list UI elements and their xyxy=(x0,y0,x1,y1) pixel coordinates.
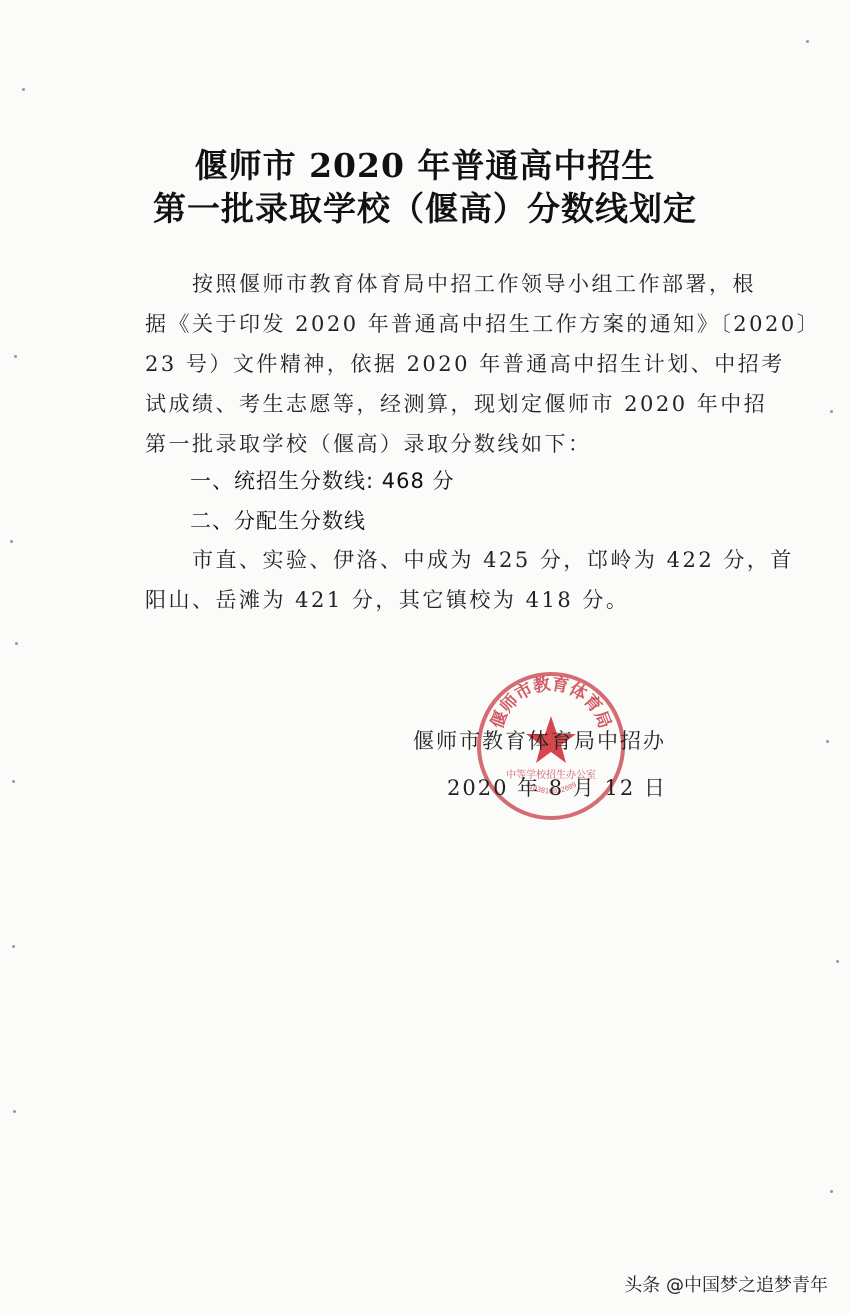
body-paragraph: 按照偃师市教育体育局中招工作领导小组工作部署，根 据《关于印发 2020 年普通… xyxy=(145,264,745,464)
body-line: 试成绩、考生志愿等，经测算，现划定偃师市 2020 年中招 xyxy=(145,384,745,424)
section-allocation-heading: 二、分配生分数线 xyxy=(190,505,366,535)
body-line: 23 号）文件精神，依据 2020 年普通高中招生计划、中招考 xyxy=(145,344,745,384)
allocation-line: 阳山、岳滩为 421 分，其它镇校为 418 分。 xyxy=(145,580,745,620)
body-line: 按照偃师市教育体育局中招工作领导小组工作部署，根 xyxy=(145,264,745,304)
document-title-line2: 第一批录取学校（偃高）分数线划定 xyxy=(0,183,850,230)
watermark: 头条 @中国梦之追梦青年 xyxy=(624,1271,828,1297)
body-line: 据《关于印发 2020 年普通高中招生工作方案的通知》〔2020〕 xyxy=(145,304,745,344)
document-title-line1: 偃师市 2020 年普通高中招生 xyxy=(0,140,850,187)
document-date: 2020 年 8 月 12 日 xyxy=(447,772,667,802)
signature: 偃师市教育体育局中招办 xyxy=(413,725,666,755)
allocation-paragraph: 市直、实验、伊洛、中成为 425 分，邙岭为 422 分，首 阳山、岳滩为 42… xyxy=(145,540,745,620)
allocation-line: 市直、实验、伊洛、中成为 425 分，邙岭为 422 分，首 xyxy=(145,540,745,580)
section-unified-score: 一、统招生分数线: 468 分 xyxy=(190,465,455,495)
body-line: 第一批录取学校（偃高）录取分数线如下： xyxy=(145,424,745,464)
